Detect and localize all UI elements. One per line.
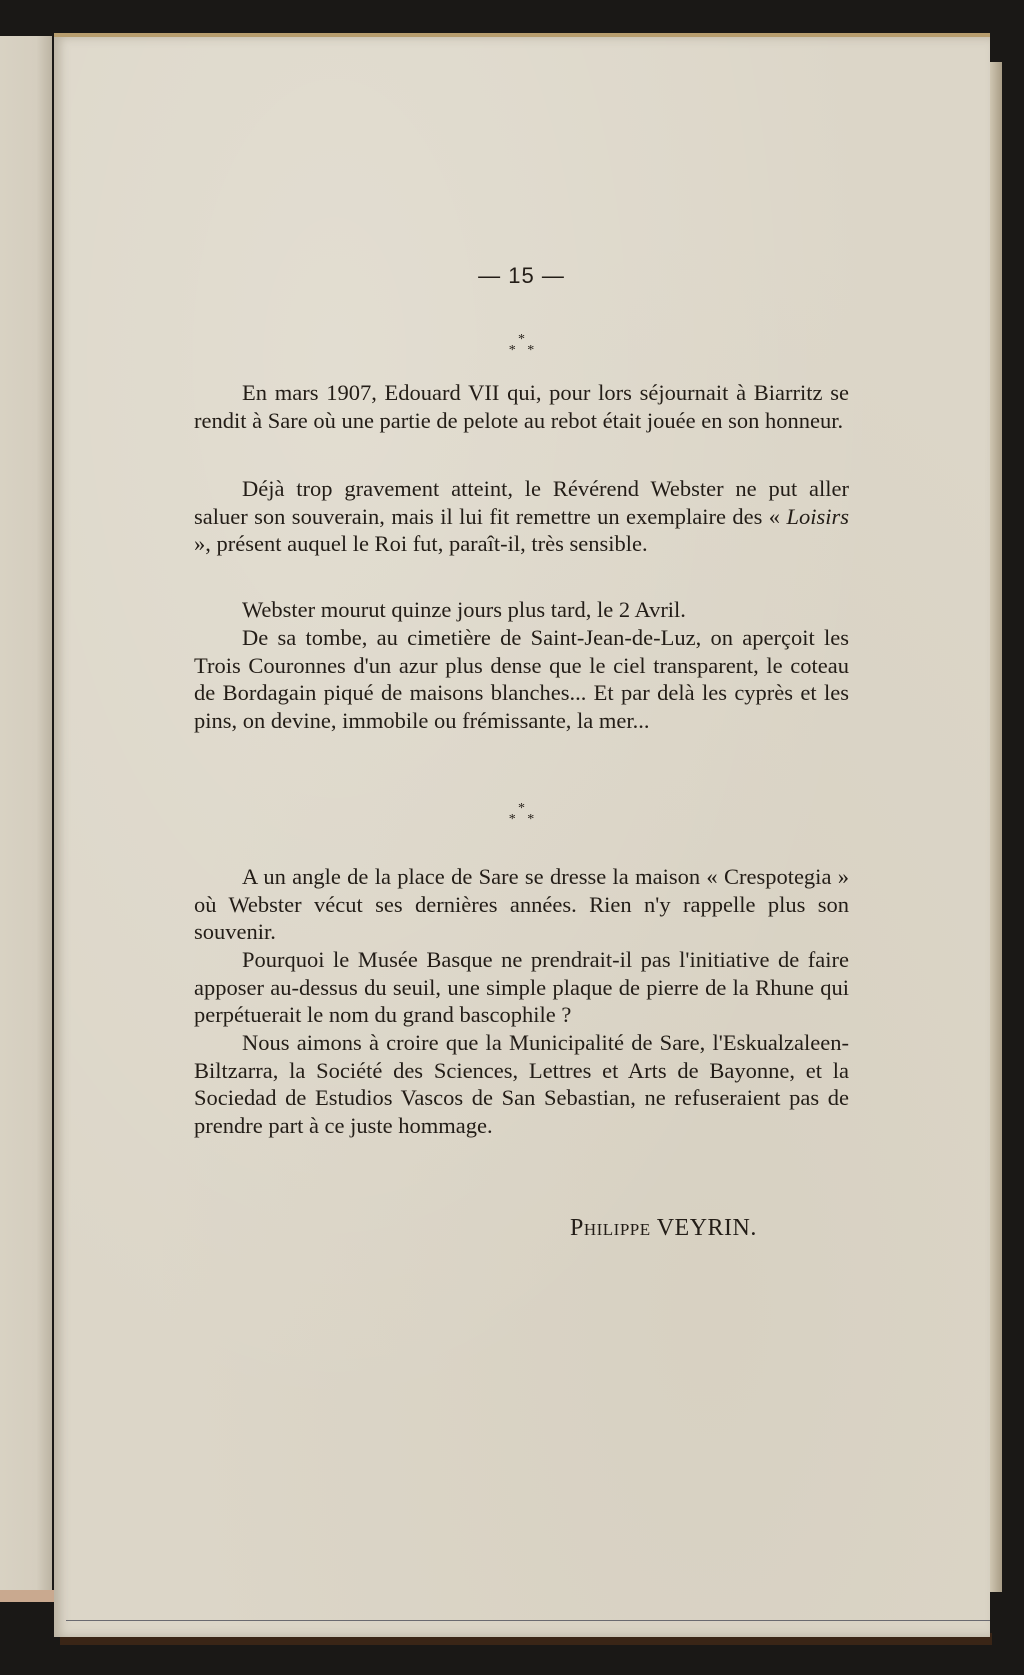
asterism-bottom: * * — [194, 345, 849, 356]
page-edge-lines — [66, 1620, 990, 1621]
left-page-edge — [0, 1590, 58, 1602]
page-number: — 15 — — [194, 262, 849, 290]
left-facing-page — [0, 36, 52, 1591]
paragraph-2-before: Déjà trop gravement atteint, le Révérend… — [194, 476, 849, 529]
underlying-page-edge — [990, 62, 1002, 1592]
book-title-loisirs: Loisirs — [786, 504, 849, 529]
asterism-bottom: * * — [194, 814, 849, 825]
paragraph-4: De sa tombe, au cimetière de Saint-Jean-… — [194, 624, 849, 734]
book-page: — 15 — * * * En mars 1907, Edouard VII q… — [54, 33, 990, 1637]
author-first-name: Philippe — [570, 1215, 651, 1241]
paragraph-2-after: », présent auquel le Roi fut, paraît-il,… — [194, 531, 648, 556]
paragraph-2: Déjà trop gravement atteint, le Révérend… — [194, 475, 849, 558]
paragraph-7: Nous aimons à croire que la Municipalité… — [194, 1029, 849, 1139]
paragraph-3: Webster mourut quinze jours plus tard, l… — [194, 596, 849, 624]
paragraph-1: En mars 1907, Edouard VII qui, pour lors… — [194, 379, 849, 434]
author-last-name: VEYRIN. — [657, 1215, 757, 1241]
section-asterism-2: * * * — [194, 803, 849, 825]
section-asterism-1: * * * — [194, 334, 849, 356]
author-signature: Philippe VEYRIN. — [570, 1215, 757, 1243]
paragraph-6: Pourquoi le Musée Basque ne prendrait-il… — [194, 946, 849, 1029]
paragraph-5: A un angle de la place de Sare se dresse… — [194, 863, 849, 946]
